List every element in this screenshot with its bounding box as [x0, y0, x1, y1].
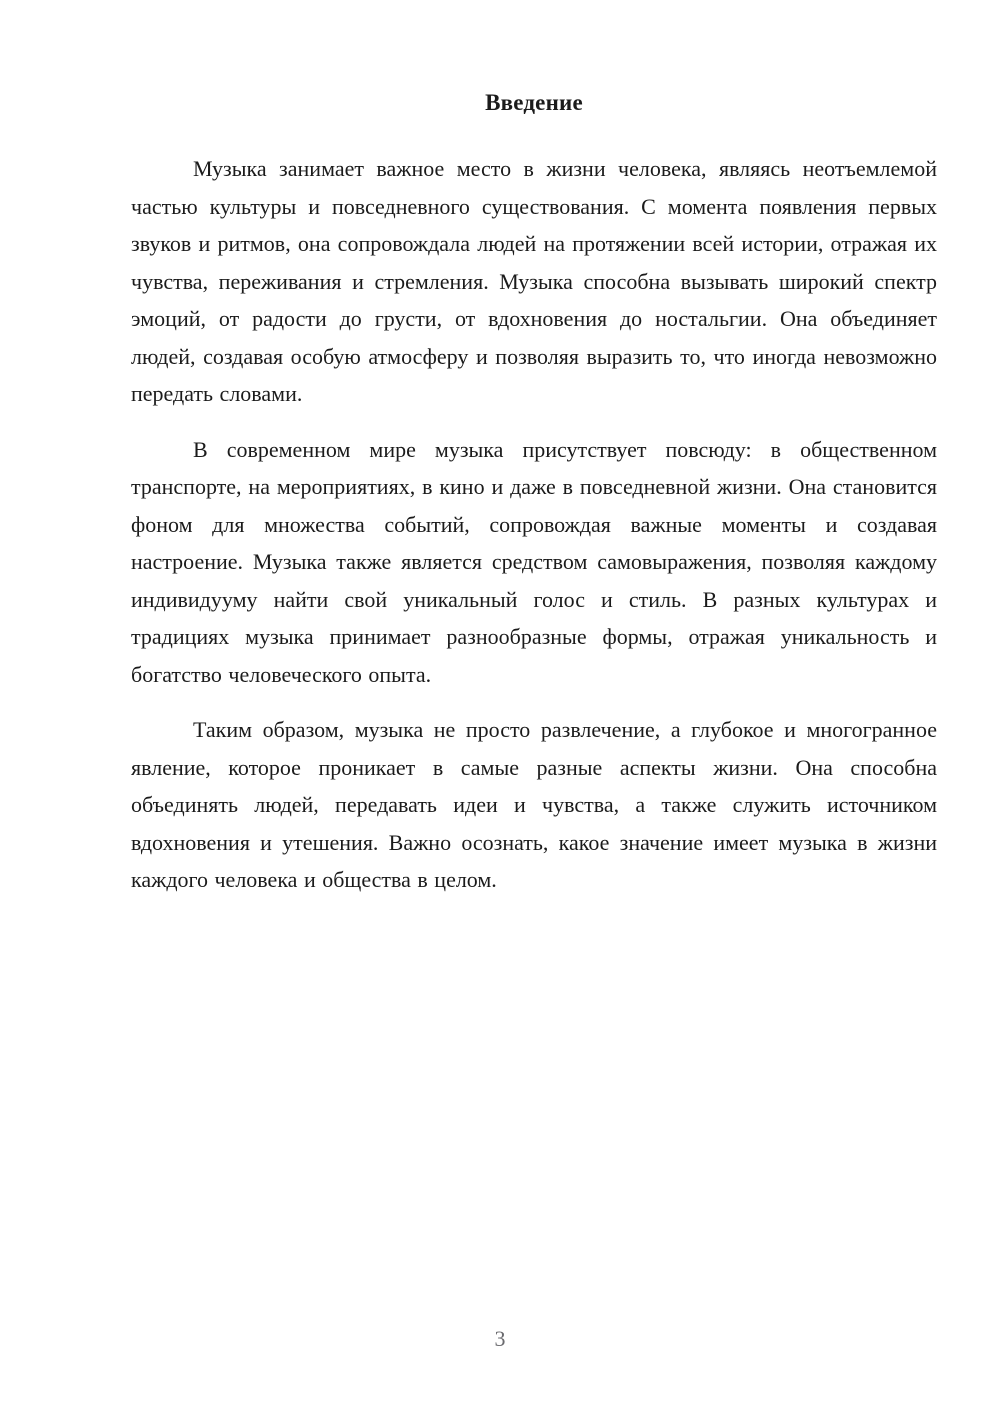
document-page: Введение Музыка занимает важное место в …: [0, 0, 1000, 1414]
section-title: Введение: [131, 88, 937, 118]
paragraph: Таким образом, музыка не просто развлече…: [131, 711, 937, 899]
document-body: Введение Музыка занимает важное место в …: [131, 88, 937, 899]
paragraph: Музыка занимает важное место в жизни чел…: [131, 150, 937, 413]
paragraph: В современном мире музыка присутствует п…: [131, 431, 937, 694]
page-number: 3: [0, 1324, 1000, 1354]
